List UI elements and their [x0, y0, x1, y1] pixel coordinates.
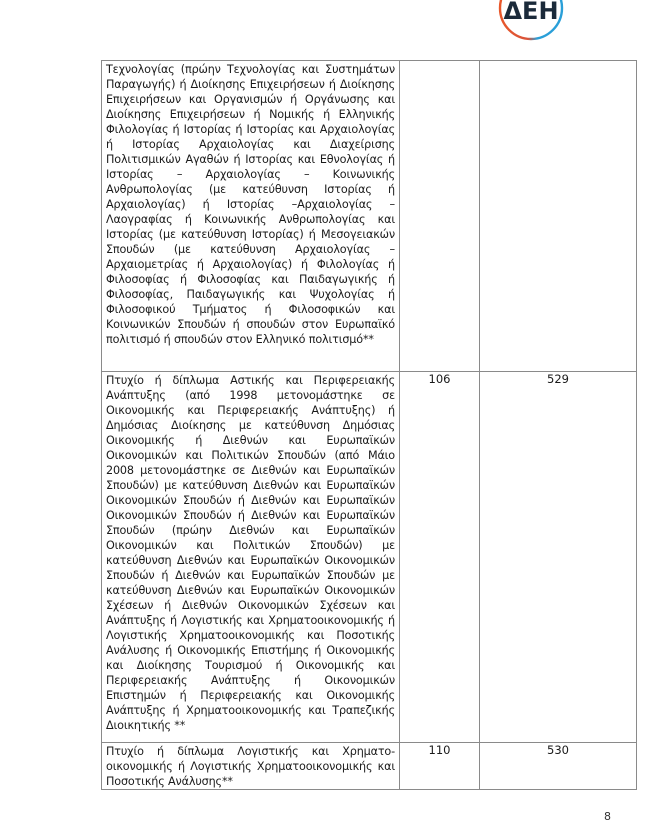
degree-description-cell: Πτυχίο ή δίπλωμα Αστικής και Περιφερειακ… [102, 372, 400, 743]
deh-logo: ΔΕΗ [496, 0, 566, 44]
code-cell [400, 61, 480, 372]
svg-text:ΔΕΗ: ΔΕΗ [503, 0, 558, 25]
table-row: Πτυχίο ή δίπλωμα Λογιστικής και Χρηματο-… [102, 743, 637, 790]
page-number: 8 [604, 810, 611, 820]
degree-description: Πτυχίο ή δίπλωμα Αστικής και Περιφερειακ… [102, 372, 399, 733]
degree-description-cell: Τεχνολογίας (πρώην Τεχνολογίας και Συστη… [102, 61, 400, 372]
code-cell: 106 [400, 372, 480, 743]
qualifications-table: Τεχνολογίας (πρώην Τεχνολογίας και Συστη… [101, 60, 637, 790]
specialty-code-cell [480, 61, 637, 372]
table-row: Πτυχίο ή δίπλωμα Αστικής και Περιφερειακ… [102, 372, 637, 743]
degree-description: Τεχνολογίας (πρώην Τεχνολογίας και Συστη… [102, 61, 399, 347]
deh-logo-icon: ΔΕΗ [496, 0, 566, 44]
degree-description-cell: Πτυχίο ή δίπλωμα Λογιστικής και Χρηματο-… [102, 743, 400, 790]
specialty-code-cell: 529 [480, 372, 637, 743]
specialty-code-cell: 530 [480, 743, 637, 790]
code-cell: 110 [400, 743, 480, 790]
degree-description: Πτυχίο ή δίπλωμα Λογιστικής και Χρηματο-… [102, 743, 399, 789]
table-row: Τεχνολογίας (πρώην Τεχνολογίας και Συστη… [102, 61, 637, 372]
